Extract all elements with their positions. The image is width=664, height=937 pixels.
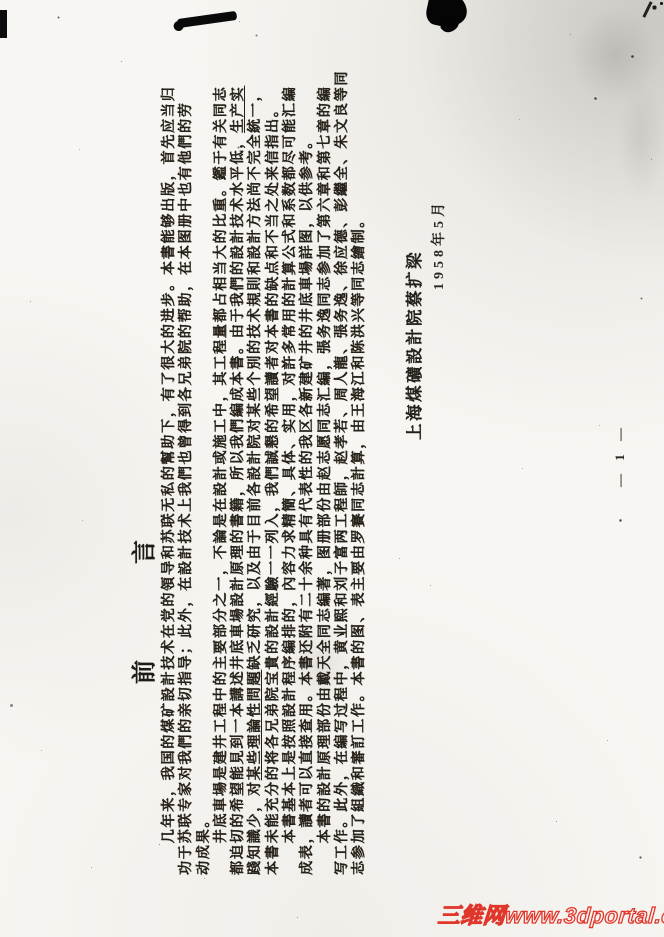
text-line: 本書未能充分的将各兄弟院宝貴的設計經驗一一列入，我們誠懇的希望讀者对本書的缺点和… [265,85,282,875]
scanned-document-page: 前 言 几年来，我国的煤矿設計技术在党的領导和苏联无私的幫助下，有了很大的进步。… [0,0,664,937]
signature-line: 上海煤礦設計院蔡扩梁 [401,250,425,440]
text-line: 志参加了組織和審訂工作。本書的图、表主要由罗賽同志計算，由王海江和陈洪兴等同志繪… [351,85,368,875]
preface-text-block: 几年来，我国的煤矿設計技术在党的領导和苏联无私的幫助下，有了很大的进步。本書能够… [161,85,369,875]
page-number: — 1 — [612,423,628,487]
text-line: 都迫切的希望能見到一本講述井底車場設計原理的書籍，所以我們編成本書。由于我們的設… [230,85,247,875]
rotated-page-content: 前 言 几年来，我国的煤矿設計技术在党的領导和苏联无私的幫助下，有了很大的进步。… [0,0,664,937]
date-line: 1958年5月 [428,199,448,290]
text-line: 井底車場是建井工程中的主要部分之一，不論是在設計或施工中，其工程量都占相当大的比… [213,85,230,875]
page-title: 前 言 [124,504,159,684]
text-line: 踐知識少，对某些理論性問題缺乏研究，以及由于目前各設計院对某些个別的技术規則和設… [247,85,264,875]
watermark: 三维网www.3dportal.cn [437,899,664,930]
text-line: 功于苏联专家对我們的亲切指导；此外，在設計技术上我們也曾得到各兄弟院的帮助，在本… [178,85,195,875]
text-line: 成表，讀者可以直接查用。本書还附有二十余种具有代表性的我区各新建矿井的井底車場詳… [299,85,316,875]
text-line: 几年来，我国的煤矿設計技术在党的領导和苏联无私的幫助下，有了很大的进步。本書能够… [161,85,178,875]
text-line: 动成果。 [196,85,213,875]
text-line: 写工作。此外，在編写过程中，黄业熙和刘子富两工程師，赵孝若、周人龍、張务逸、徐应… [334,85,351,875]
text-line: 本書基本上是按照設計程序編排的，內容力求精簡、具体、实用，对許多常用的計算公式和… [282,85,299,875]
text-line: 本書的設計原理部份由戴天全同志編著，图册部份由赵志愿同志汇編，張务逸同志参加了第… [317,85,334,875]
